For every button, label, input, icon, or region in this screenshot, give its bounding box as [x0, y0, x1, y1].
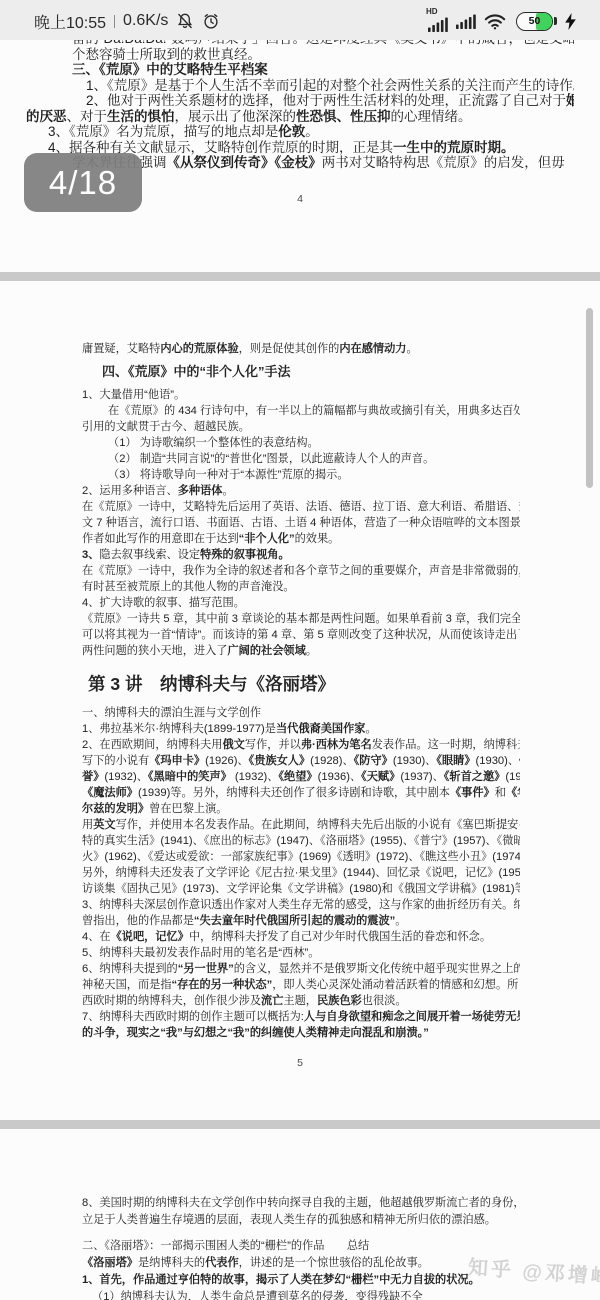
text-line: （1） 为诗歌编织一个整体性的表意结构。	[82, 435, 520, 451]
text-line: 3、《荒原》名为荒原，描写的地点却是伦敦。	[26, 124, 574, 140]
text-line: 的斗争，现实之“我”与幻想之“我”的纠缠使人类精神走向混乱和崩溃。”	[82, 1025, 520, 1041]
text-line: 1、大量借用“他语”。	[82, 387, 520, 403]
text-line: 2、运用多种语言、多种语体。	[82, 483, 520, 499]
mute-bell-slash-icon	[176, 12, 194, 30]
text-line: 1、首先，作品通过亨伯特的故事，揭示了人类在梦幻“栅栏”中无力自拔的状况。	[82, 1272, 520, 1289]
text-line: 特的真实生活》(1941)、《庶出的标志》(1947)、《洛丽塔》(1955)、…	[82, 833, 520, 849]
text-line: 《荒原》一诗共 5 章，其中前 3 章谈论的基本都是两性问题。如果单看前 3 章…	[82, 611, 520, 627]
wifi-icon	[484, 13, 506, 30]
text-line: 8、美国时期的纳博科夫在文学创作中转向探寻自我的主题，他超越俄罗斯流亡者的身份，	[82, 1195, 520, 1212]
text-line: 有时甚至被荒原上的其他人物的声音淹没。	[82, 579, 520, 595]
text-line: （3） 将诗歌导向一种对于“本源性”荒原的揭示。	[82, 467, 520, 483]
text-line: 立足于人类普遍生存境遇的层面，表现人类生存的孤独感和精神无所归依的漂泊感。	[82, 1212, 520, 1229]
text-line: 二、《洛丽塔》：一部揭示围困人类的“栅栏”的作品 总结	[82, 1238, 520, 1255]
text-line: 两性问题的狭小天地，进入了广阔的社会领域。	[82, 643, 520, 659]
text-line: 2、在西欧期间，纳博科夫用俄文写作，并以弗·西林为笔名发表作品。这一时期，纳博科…	[82, 737, 520, 753]
scrollbar-thumb[interactable]	[586, 308, 593, 488]
text-line: 2、他对于两性关系题材的选择，他对于两性生活材料的处理，正流露了自己对于婚姻	[26, 93, 574, 109]
pdf-page-5: 庸置疑，艾略特内心的荒原体验，则是促使其创作的内在感情动力。四、《荒原》中的“非…	[0, 281, 600, 1120]
text-line: 神秘天国，而是指“存在的另一种状态”，即人类心灵深处涌动着活跃着的情感和幻想。所…	[82, 977, 520, 993]
text-line: 5、纳博科夫最初发表作品时用的笔名是“西林”。	[82, 945, 520, 961]
alarm-clock-icon	[202, 12, 220, 30]
text-line: 《洛丽塔》是纳博科夫的代表作，讲述的是一个惊世骇俗的乱伦故事。	[82, 1255, 520, 1272]
text-line: 尔兹的发明》曾在巴黎上演。	[82, 801, 520, 817]
text-line: 文 7 种语言，流行口语、书面语、古语、土语 4 种语体，营造了一种众语喧哗的文…	[82, 515, 520, 531]
text-line: 1、弗拉基米尔·纳博科夫(1899-1977)是当代俄裔美国作家。	[82, 721, 520, 737]
hd-volte-label: HD	[426, 7, 438, 16]
net-speed: 0.6K/s	[123, 12, 168, 30]
text-line: 曾指出，他的作品都是“失去童年时代俄国所引起的震动的震波”。	[82, 913, 520, 929]
text-line: 个愁容骑士所取到的救世真经。	[26, 47, 574, 63]
text-line: 三、《荒原》中的艾略特生平档案	[26, 62, 574, 78]
text-line: 第 3 讲 纳博科夫与《洛丽塔》	[82, 671, 520, 697]
status-bar: 晚上10:55 0.6K/s HD	[0, 0, 600, 40]
charging-bolt-icon	[565, 13, 576, 30]
battery-percent: 50	[517, 13, 552, 30]
text-line: 的厌恶、对于生活的惧怕，展示出了他深深的性恐惧、性压抑的心理情绪。	[26, 109, 574, 125]
text-line: 另外，纳博科夫还发表了文学评论《尼古拉·果戈里》(1944)、回忆录《说吧，记忆…	[82, 865, 520, 881]
text-line: 四、《荒原》中的“非个人化”手法	[82, 363, 520, 381]
battery-indicator: 50	[516, 12, 557, 31]
text-line: 一、纳博科夫的漂泊生涯与文学创作	[82, 705, 520, 721]
text-line: 西欧时期的纳博科夫，创作很少涉及流亡主题，民族色彩也很淡。	[82, 993, 520, 1009]
text-line: （1）纳博科夫认为，人类生命总是遭到莫名的侵袭，变得残缺不全	[82, 1289, 520, 1300]
text-line: 在《荒原》一诗中，艾略特先后运用了英语、法语、德语、拉丁语、意大利语、希腊语、梵	[82, 499, 520, 515]
page-separator	[0, 272, 600, 281]
signal-sim2-icon	[456, 14, 476, 29]
text-line: 7、纳博科夫西欧时期的创作主题可以概括为:人与自身欲望和痴念之间展开着一场徒劳无…	[82, 1009, 520, 1025]
signal-sim1-icon: HD	[428, 10, 448, 32]
text-line: 写下的小说有《玛申卡》(1926)、《贵族女人》(1928)、《防守》(1930…	[82, 753, 520, 769]
text-line: 3、纳博科夫深层创作意识透出作家对人类生存无常的感受，这与作家的曲折经历有关。纳…	[82, 897, 520, 913]
text-line: 用英文写作，并使用本名发表作品。在此期间，纳博科夫先后出版的小说有《塞巴斯提安·…	[82, 817, 520, 833]
text-line: 誉》(1932)、《黑暗中的笑声》 (1932)、《绝望》(1936)、《天赋》…	[82, 769, 520, 785]
page-number: 5	[0, 1057, 600, 1069]
text-line: 访谈集《固执己见》(1973)、文学评论集《文学讲稿》(1980)和《俄国文学讲…	[82, 881, 520, 897]
battery-nub	[554, 17, 557, 25]
text-line: 3、隐去叙事线索、设定特殊的叙事视角。	[82, 547, 520, 563]
text-line: 火》(1962)、《爱达或爱欲：一部家族纪事》(1969)《透明》(1972)、…	[82, 849, 520, 865]
text-line: 1、《荒原》是基于个人生活不幸而引起的对整个社会两性关系的关注而产生的诗作。	[26, 78, 574, 94]
text-line: 可以将其视为一首“情诗”。而该诗的第 4 章、第 5 章则改变了这种状况，从而使…	[82, 627, 520, 643]
text-line: 6、纳博科夫提到的“另一世界”的含义，显然并不是俄罗斯文化传统中超乎现实世界之上…	[82, 961, 520, 977]
text-line: 引用的文献贯于古今、超越民族。	[82, 419, 520, 435]
text-line: 4、在《说吧，记忆》中，纳博科夫抒发了自己对少年时代俄国生活的眷恋和怀念。	[82, 929, 520, 945]
text-line: （2） 制造“共同言说”的“普世化”图景，以此遮蔽诗人个人的声音。	[82, 451, 520, 467]
text-line: 在《荒原》一诗中，我作为全诗的叙述者和各个章节之间的重要媒介，声音是非常微弱的，	[82, 563, 520, 579]
text-line: 4、扩大诗歌的叙事、描写范围。	[82, 595, 520, 611]
text-line: 庸置疑，艾略特内心的荒原体验，则是促使其创作的内在感情动力。	[82, 341, 520, 357]
page-separator	[0, 1120, 600, 1129]
divider	[114, 15, 115, 28]
page-indicator-badge: 4/18	[24, 153, 142, 212]
text-line: 作者如此写作的用意即在于达到“非个人化”的效果。	[82, 531, 520, 547]
text-line: 在《荒原》的 434 行诗句中，有一半以上的篇幅都与典故或摘引有关，用典多达百处…	[82, 403, 520, 419]
clock-time: 晚上10:55	[34, 10, 106, 33]
text-line: 《魔法师》(1939)等。另外，纳博科夫还创作了很多诗剧和诗歌，其中剧本《事件》…	[82, 785, 520, 801]
